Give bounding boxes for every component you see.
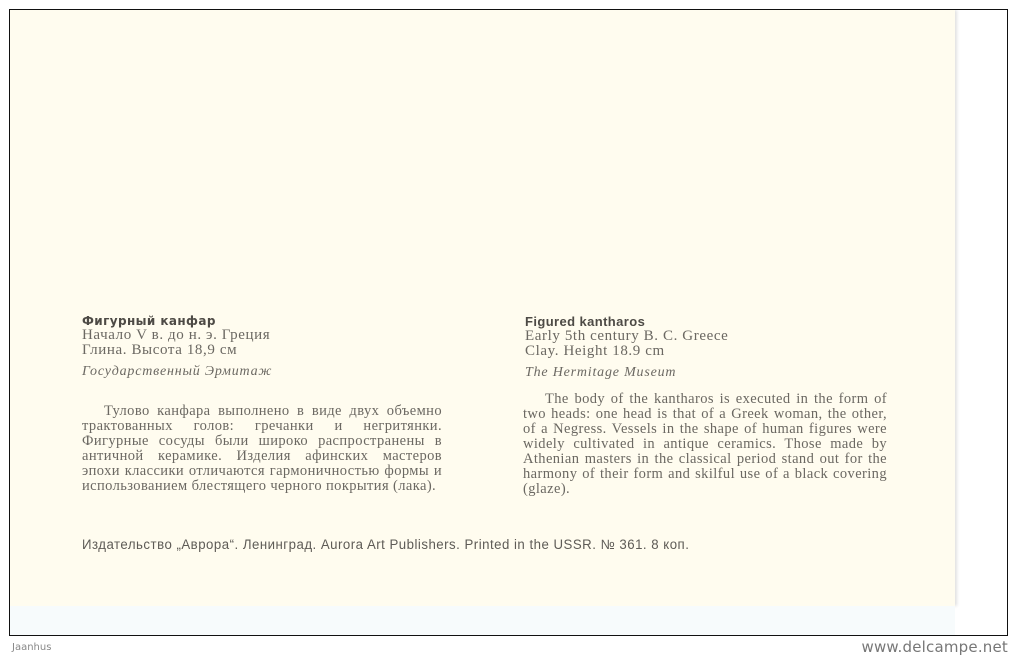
english-date-origin: Early 5th century B. C. Greece — [525, 329, 885, 344]
russian-date-origin: Начало V в. до н. э. Греция — [82, 328, 402, 343]
russian-title: Фигурный канфар — [82, 314, 402, 328]
english-museum: The Hermitage Museum — [525, 365, 885, 380]
russian-museum: Государственный Эрмитаж — [82, 364, 402, 379]
russian-material-size: Глина. Высота 18,9 см — [82, 343, 402, 358]
english-description: The body of the kantharos is executed in… — [523, 392, 887, 497]
russian-description: Тулово канфара выполнено в виде двух объ… — [82, 404, 442, 494]
english-title: Figured kantharos — [525, 314, 885, 329]
english-material-size: Clay. Height 18.9 cm — [525, 344, 885, 359]
english-description-text: The body of the kantharos is executed in… — [523, 392, 887, 497]
seller-watermark: Jaanhus — [12, 642, 51, 653]
english-caption: Figured kantharos Early 5th century B. C… — [525, 314, 885, 380]
postcard-back: Фигурный канфар Начало V в. до н. э. Гре… — [10, 10, 955, 606]
site-watermark[interactable]: www.delcampe.net — [862, 638, 1009, 656]
scan-background-strip — [10, 606, 955, 636]
postcard-frame: Фигурный канфар Начало V в. до н. э. Гре… — [9, 9, 1008, 636]
russian-description-text: Тулово канфара выполнено в виде двух объ… — [82, 404, 442, 494]
publisher-footer: Издательство „Аврора“. Ленинград. Aurora… — [82, 537, 866, 552]
russian-caption: Фигурный канфар Начало V в. до н. э. Гре… — [82, 314, 402, 379]
